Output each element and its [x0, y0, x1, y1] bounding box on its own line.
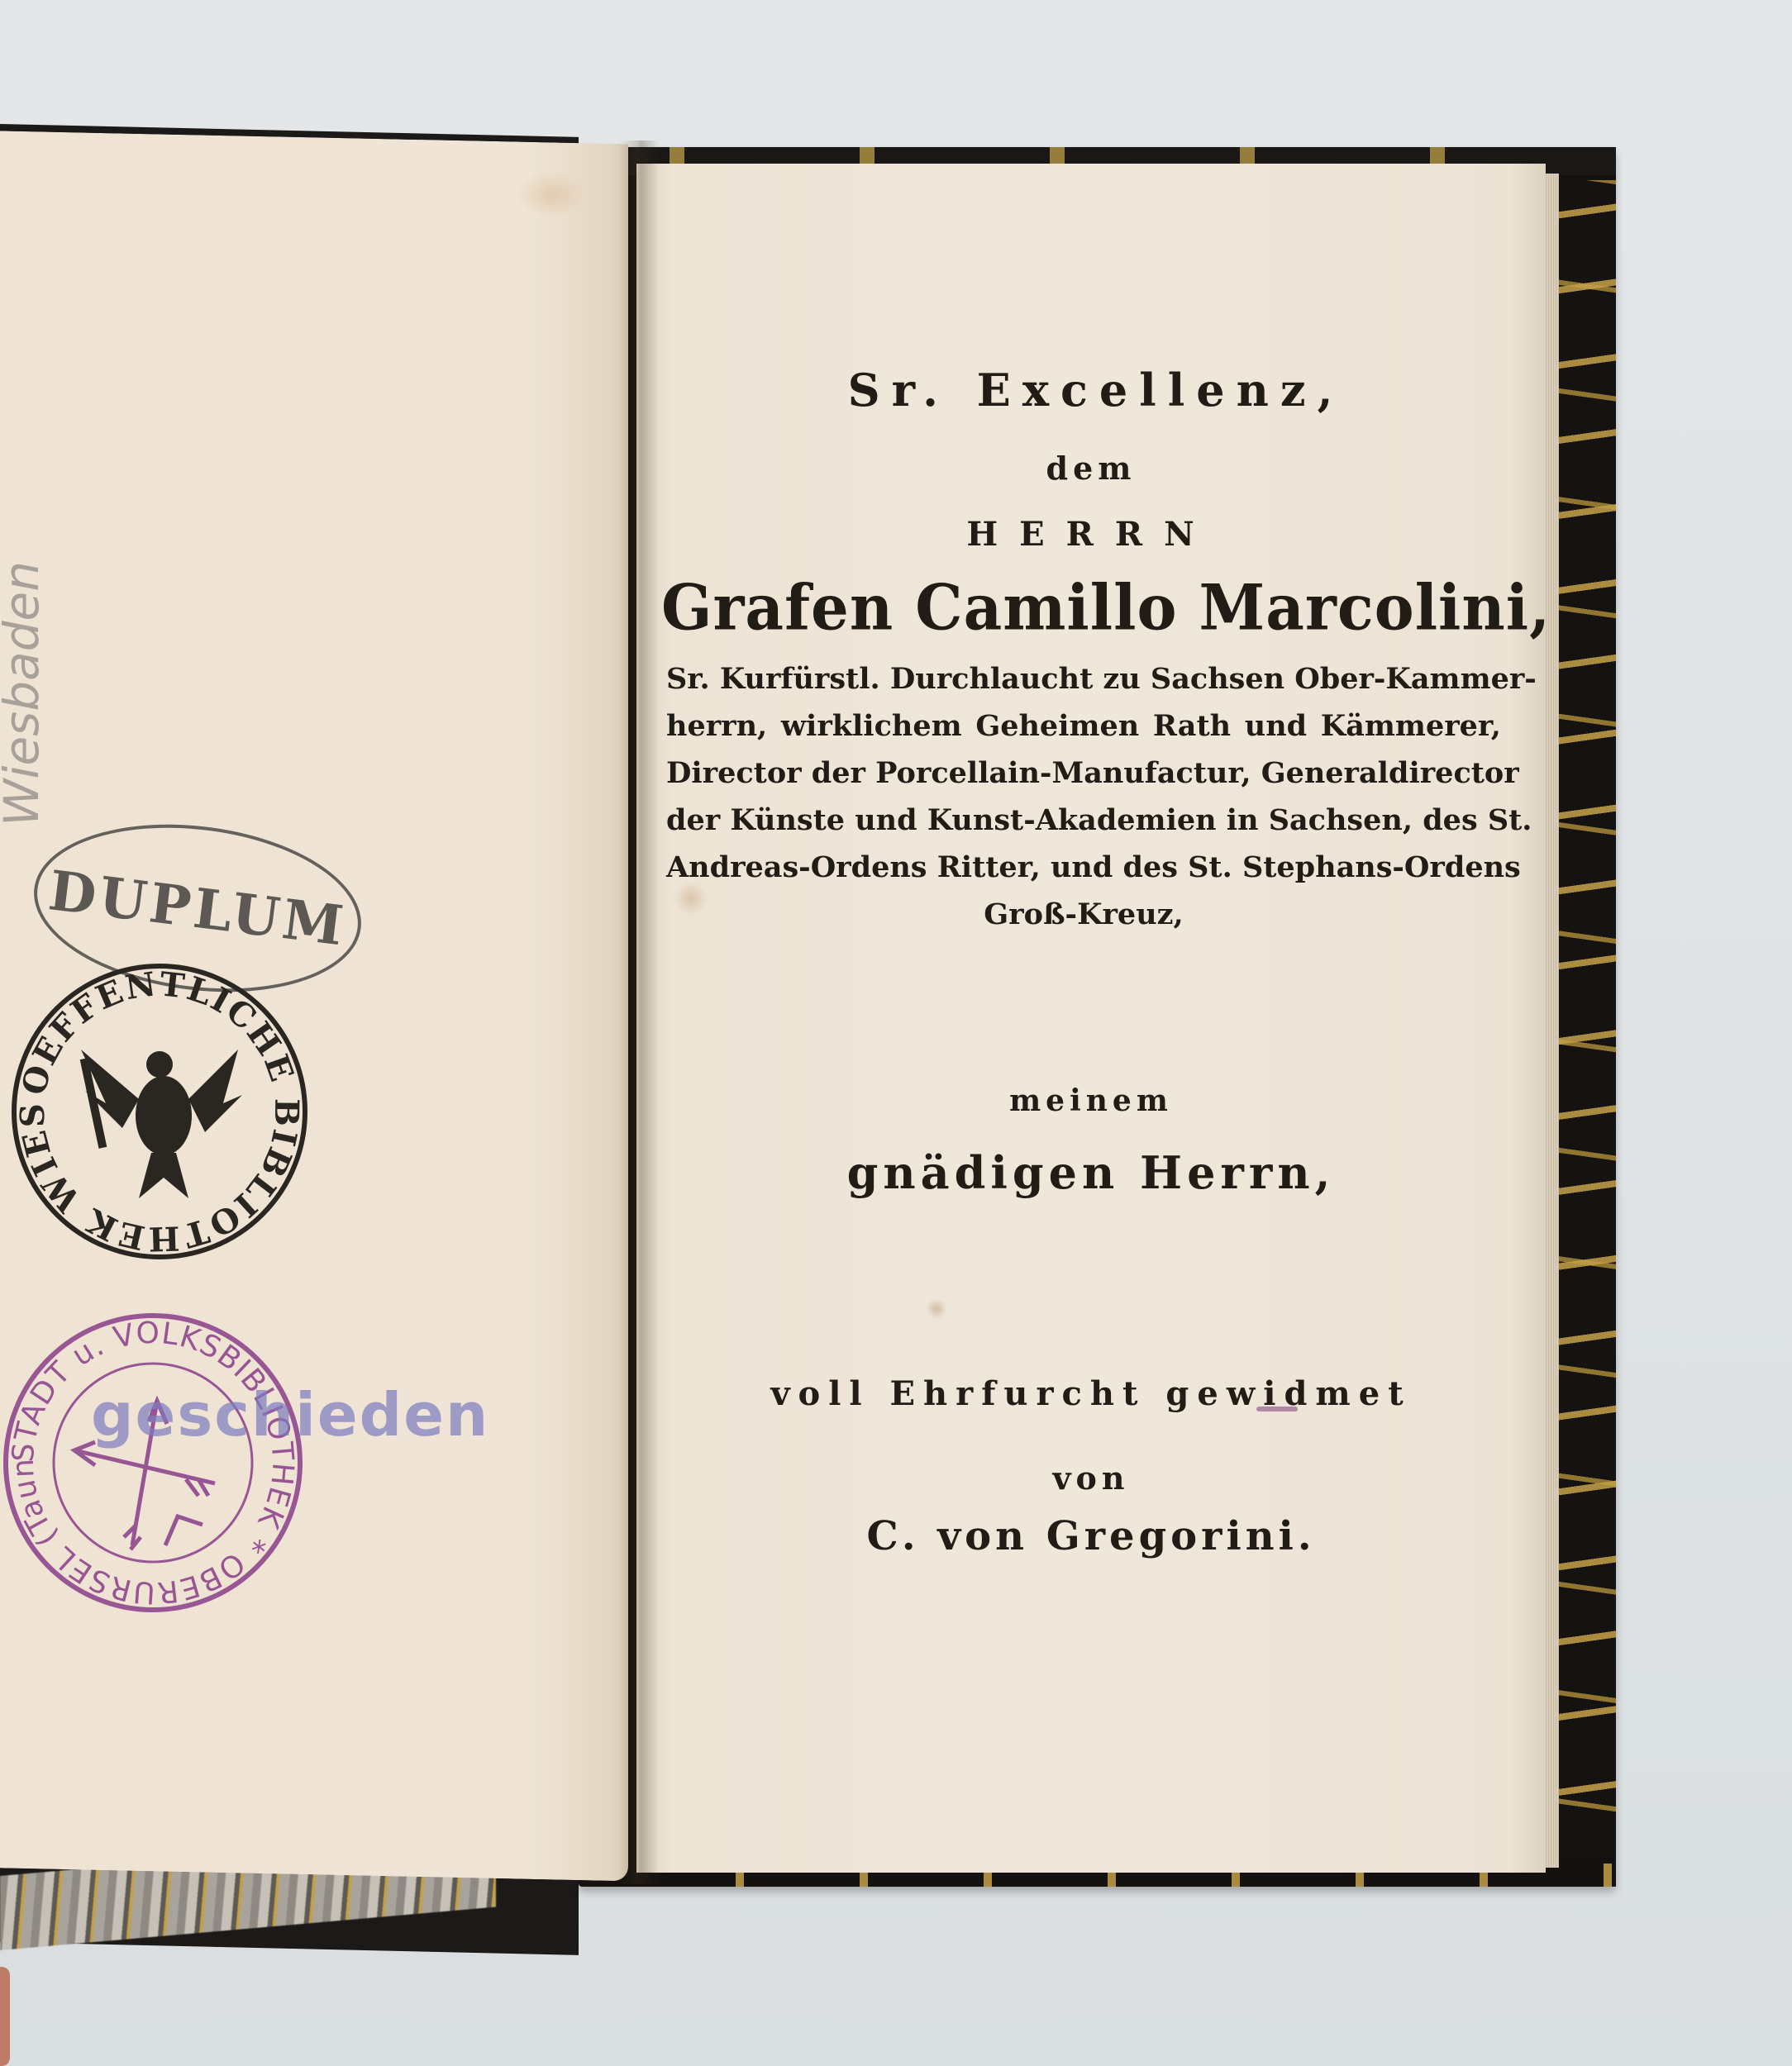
dedication-gnaedigen-herrn: gnädigen Herrn, [661, 1146, 1521, 1199]
book-gutter [618, 140, 660, 1884]
duplum-stamp-text: DUPLUM [45, 858, 350, 959]
author-name: C. von Gregorini. [661, 1513, 1521, 1559]
dedicatee-title-line: Director der Porcellain-Manufactur, Gene… [661, 750, 1501, 797]
dedicatee-title-line: herrn, wirklichem Geheimen Rath und Kämm… [661, 702, 1501, 750]
photo-scene: Sr. Excellenz, dem HERRN Grafen Camillo … [0, 0, 1792, 2066]
marbled-fore-edge [1558, 180, 1616, 1854]
dedicatee-title-line: der Künste und Kunst-Akademien in Sachse… [661, 797, 1501, 844]
dedication-text-block: Sr. Excellenz, dem HERRN Grafen Camillo … [661, 364, 1521, 1559]
ausgeschieden-stamp: geschieden [91, 1380, 489, 1450]
red-object-edge [0, 1967, 10, 2066]
dedication-von: von [661, 1459, 1521, 1497]
ink-speck [1256, 1407, 1298, 1411]
dedication-herrn: HERRN [661, 515, 1521, 554]
dedicatee-name: Grafen Camillo Marcolini, [661, 570, 1521, 644]
eagle-icon [80, 1050, 242, 1198]
dedication-meinem: meinem [661, 1083, 1521, 1118]
oberursel-library-stamp: STADT u. VOLKSBIBLIOTHEK * OBERURSEL (Ta… [0, 1310, 306, 1616]
wiesbaden-library-stamp: OEFFENTLICHE BIBLIOTHEK WIESBADEN [7, 959, 312, 1264]
pencil-note: Wiesbaden [0, 561, 50, 826]
dedication-salutation: Sr. Excellenz, [671, 364, 1521, 417]
dedicatee-title-line: Andreas-Ordens Ritter, und des St. Steph… [661, 844, 1501, 891]
dedicatee-title-line: Groß-Kreuz, [661, 891, 1501, 938]
page-stack-edge [1544, 174, 1559, 1868]
dedication-dem: dem [661, 450, 1521, 487]
dedication-gewidmet: voll Ehrfurcht gewidmet [661, 1374, 1521, 1413]
dedicatee-title-line: Sr. Kurfürstl. Durchlaucht zu Sachsen Ob… [661, 655, 1501, 702]
